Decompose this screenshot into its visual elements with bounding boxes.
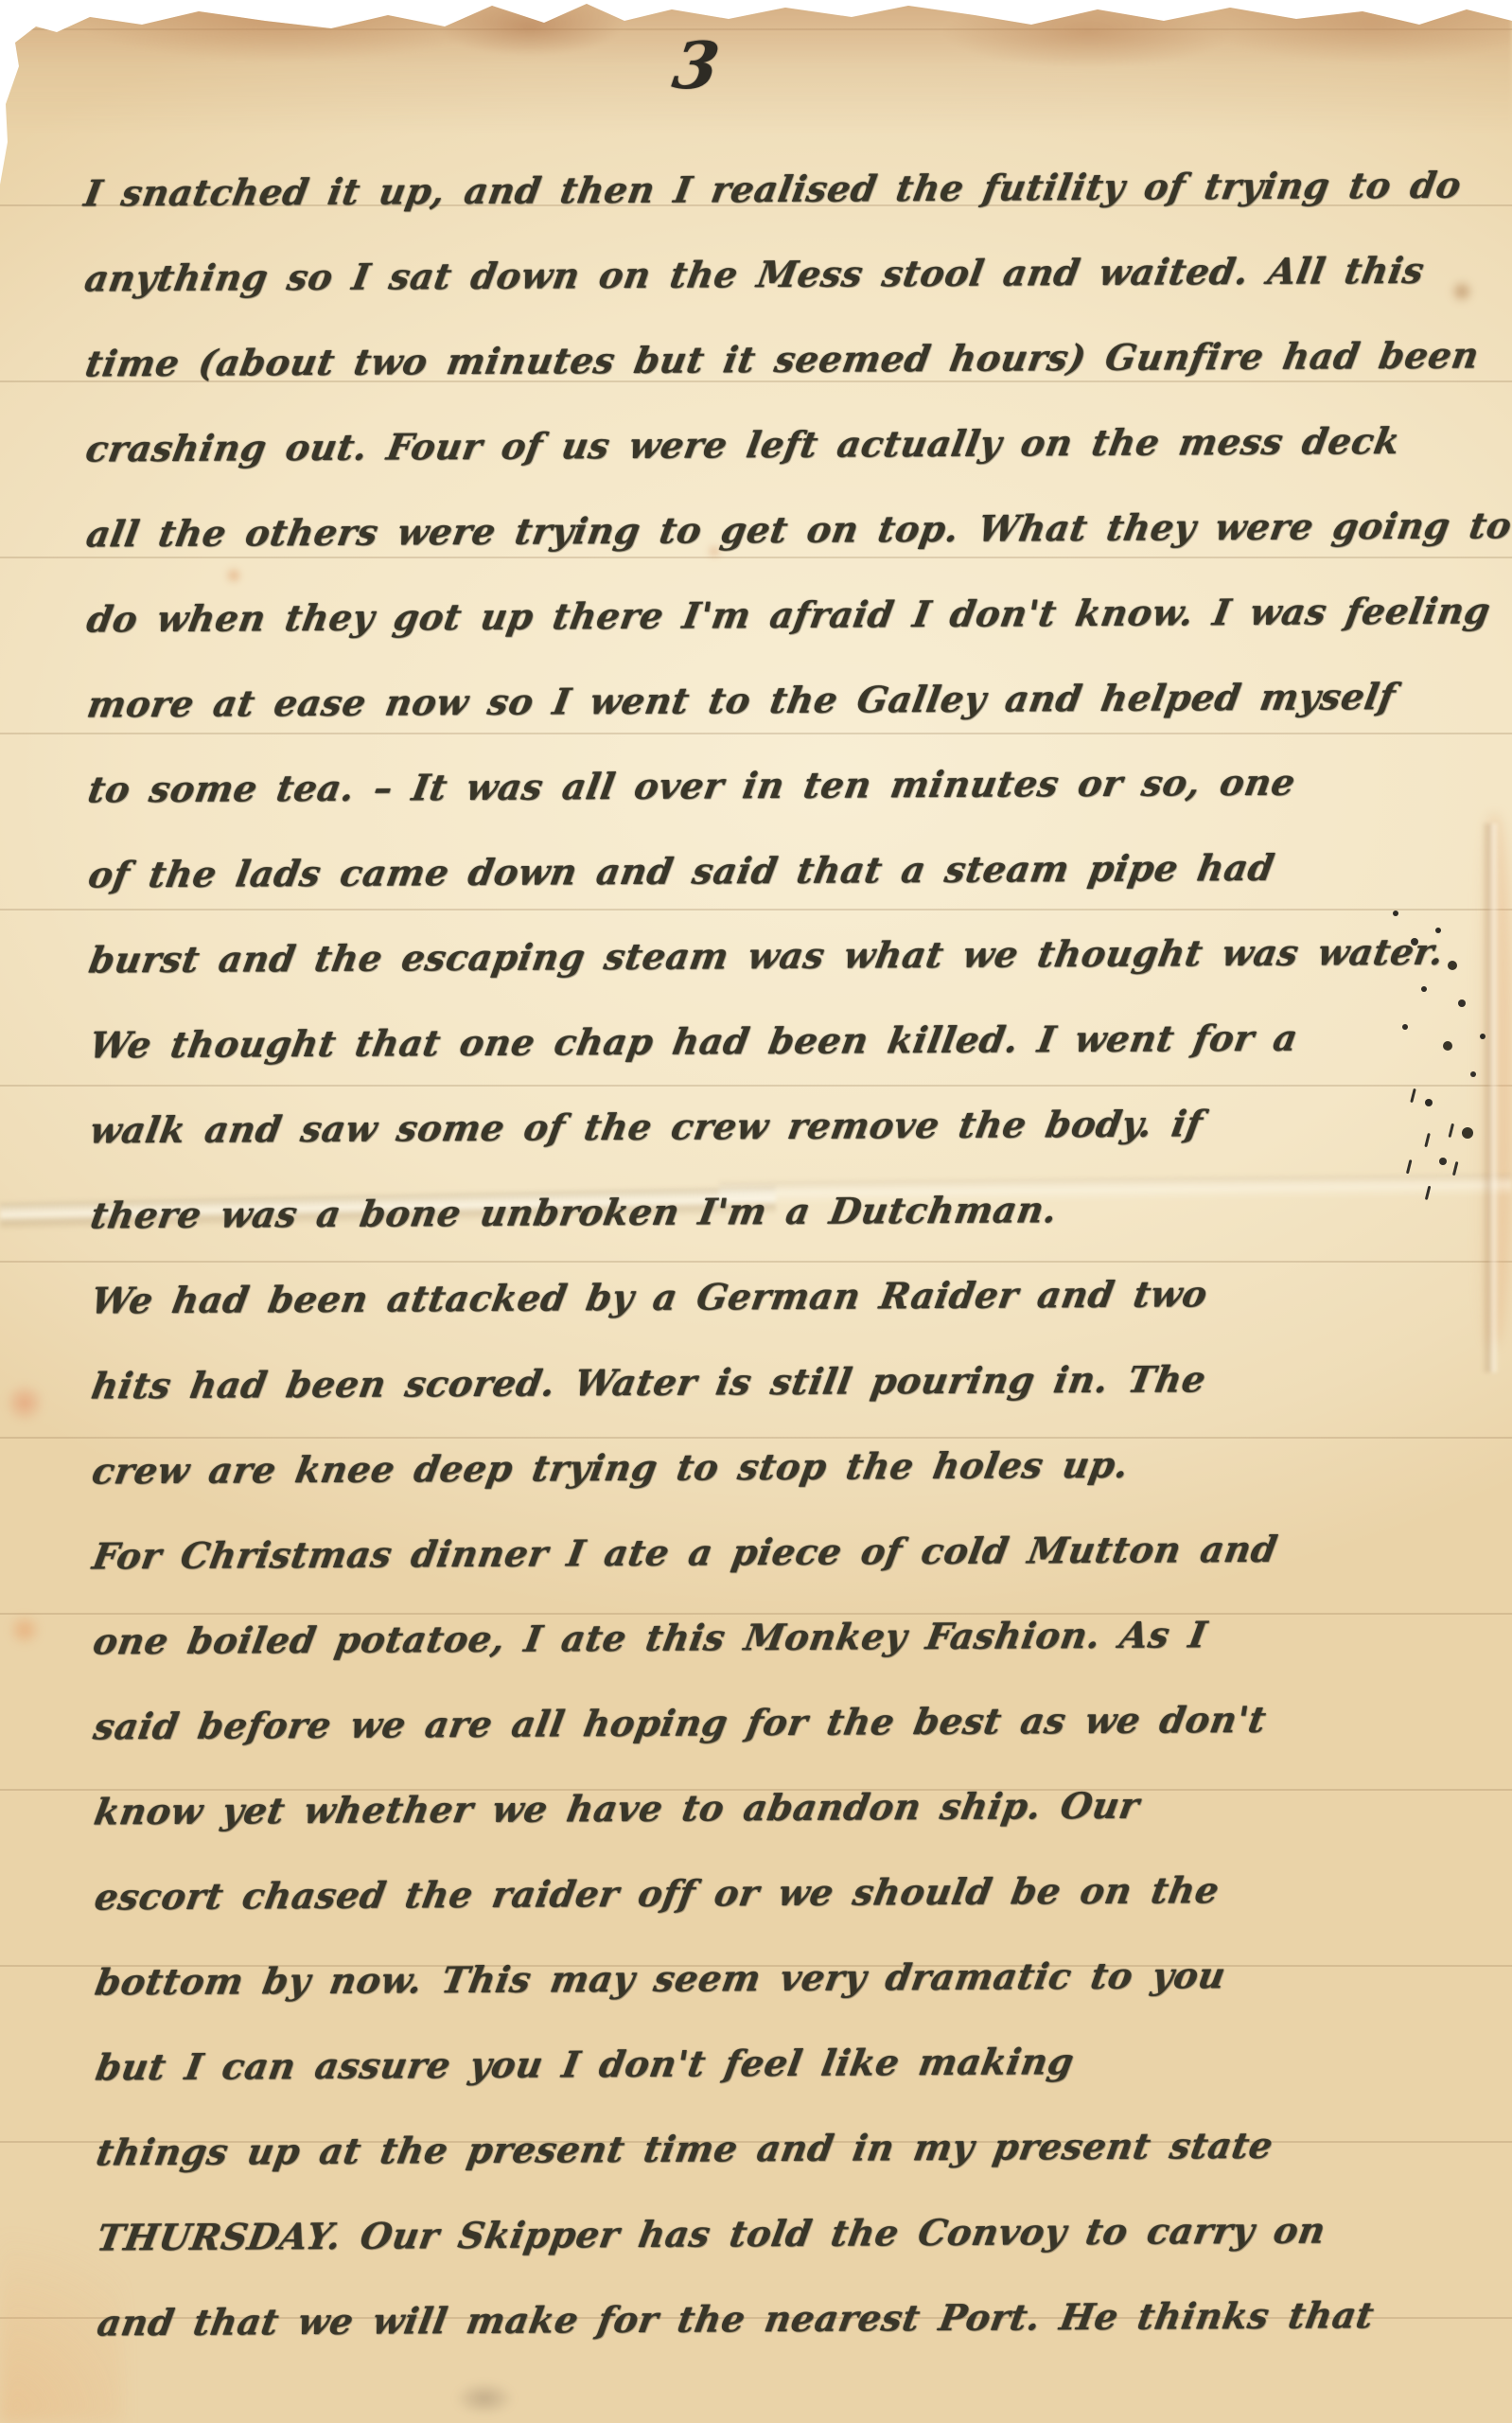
letter-line: one boiled potatoe, I ate this Monkey Fa… (86, 1593, 1501, 1687)
foxing-stain (4, 1384, 45, 1422)
letter-line: We had been attacked by a German Raider … (84, 1252, 1499, 1346)
letter-line: to some tea. – It was all over in ten mi… (80, 741, 1495, 835)
letter-line: know yet whether we have to abandon ship… (87, 1763, 1502, 1857)
letter-line: more at ease now so I went to the Galley… (80, 656, 1495, 750)
letter-line: but I can assure you I don't feel like m… (89, 2019, 1503, 2113)
letter-line: anything so I sat down on the Mess stool… (78, 230, 1492, 324)
letter-line: of the lads came down and said that a st… (81, 826, 1496, 920)
letter-line: hits had been scored. Water is still pou… (84, 1337, 1499, 1431)
scanned-letter: 3 I snatched it up, and then I realised … (0, 0, 1512, 2423)
letter-page: 3 I snatched it up, and then I realised … (0, 0, 1512, 2423)
letter-line: crew are knee deep trying to stop the ho… (85, 1423, 1500, 1516)
letter-line: For Christmas dinner I ate a piece of co… (85, 1508, 1500, 1601)
aged-top-edge (0, 0, 1512, 133)
letter-line: all the others were trying to get on top… (79, 486, 1494, 579)
letter-line: crashing out. Four of us were left actua… (79, 400, 1493, 494)
letter-line: bottom by now. This may seem very dramat… (88, 1934, 1503, 2027)
smudge-stain (454, 2381, 515, 2415)
letter-line: there was a bone unbroken I'm a Dutchman… (83, 1167, 1498, 1261)
letter-body: I snatched it up, and then I realised th… (77, 146, 1490, 2369)
letter-line: THURSDAY. Our Skipper has told the Convo… (90, 2189, 1504, 2283)
letter-line: I snatched it up, and then I realised th… (77, 145, 1491, 239)
letter-line: walk and saw some of the crew remove the… (82, 1082, 1497, 1176)
letter-line: things up at the present time and in my … (89, 2104, 1503, 2198)
letter-line: We thought that one chap had been killed… (82, 997, 1497, 1090)
letter-line: burst and the escaping steam was what we… (81, 911, 1496, 1005)
letter-line: said before we are all hoping for the be… (86, 1678, 1501, 1772)
letter-line: do when they got up there I'm afraid I d… (79, 571, 1494, 664)
foxing-stain (8, 1614, 42, 1646)
letter-line: and that we will make for the nearest Po… (90, 2274, 1504, 2368)
letter-line: time (about two minutes but it seemed ho… (79, 315, 1493, 409)
letter-line: escort chased the raider off or we shoul… (87, 1848, 1502, 1942)
